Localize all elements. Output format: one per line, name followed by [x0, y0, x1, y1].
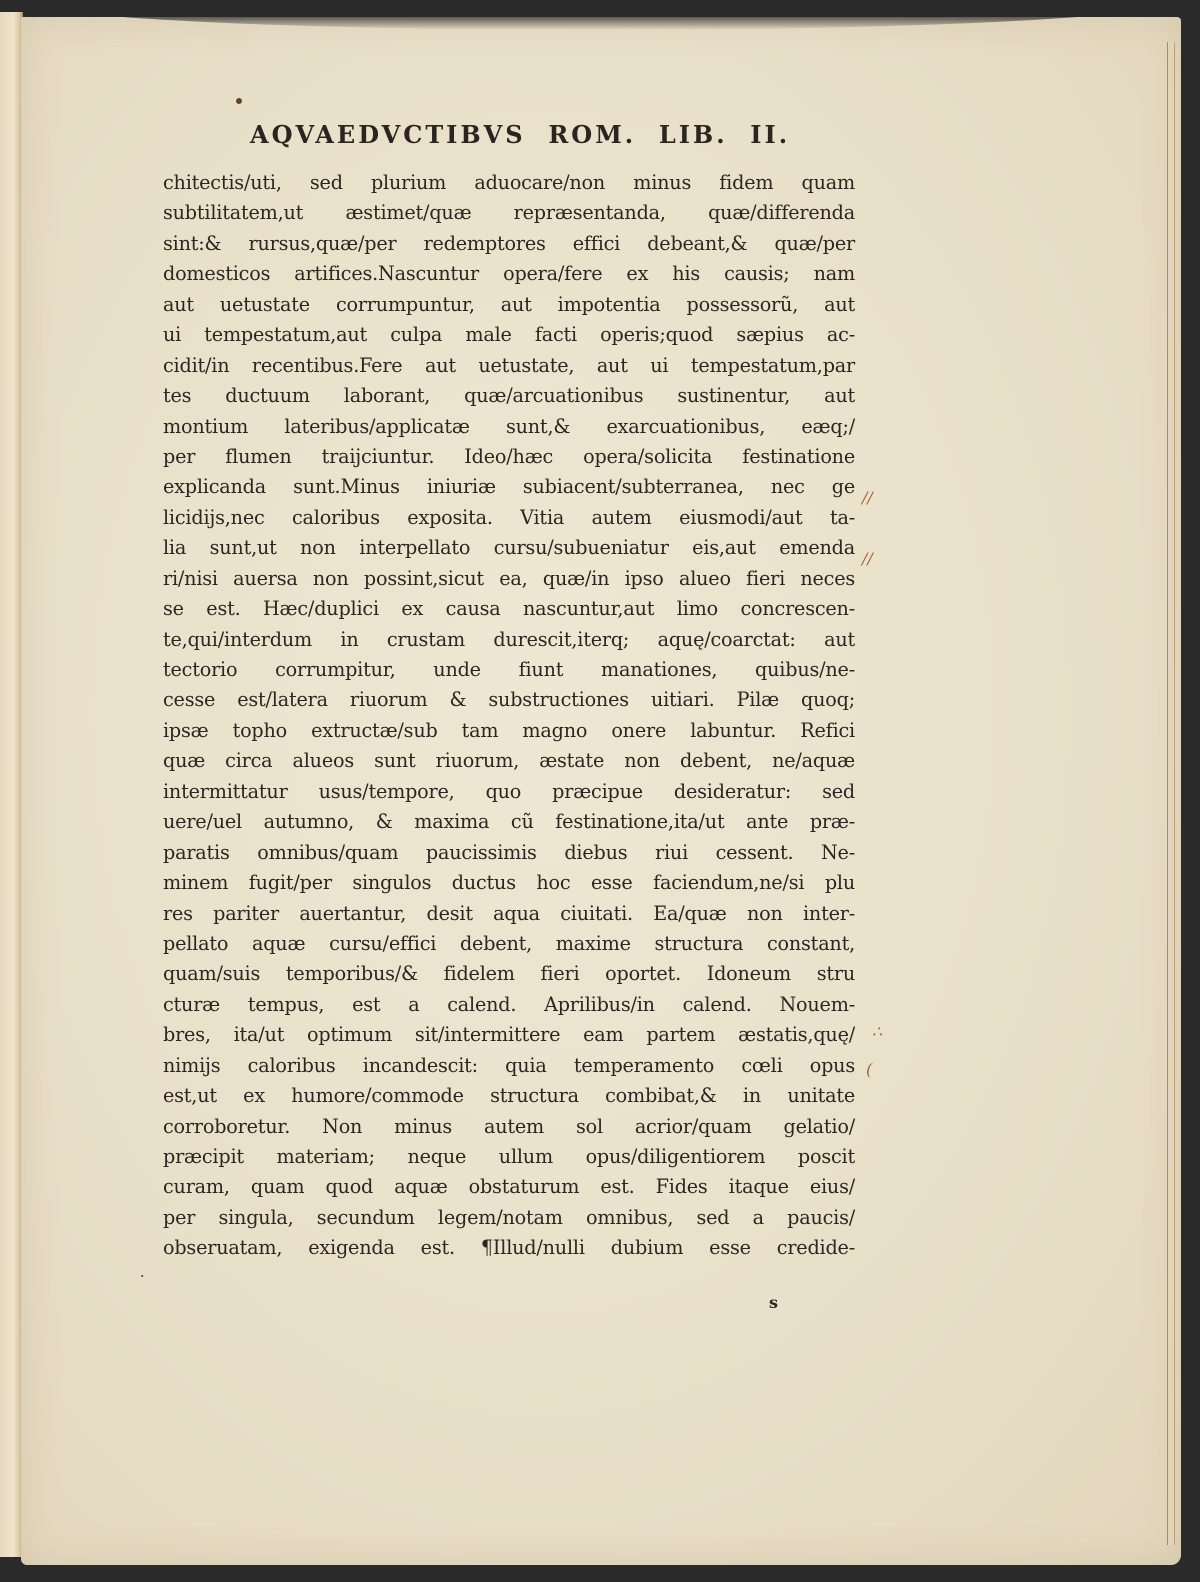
text-line: lia sunt,ut non interpellato cursu/subue… [163, 533, 855, 563]
text-line: tectorio corrumpitur, unde fiunt manatio… [163, 655, 855, 685]
text-line: bres, ita/ut optimum sit/intermittere ea… [163, 1020, 855, 1050]
text-line: ipsæ topho extructæ/sub tam magno onere … [163, 716, 855, 746]
text-line: pellato aquæ cursu/effici debent, maxime… [163, 929, 855, 959]
text-line: se est. Hæc/duplici ex causa nascuntur,a… [163, 594, 855, 624]
ink-spot [236, 98, 242, 104]
margin-annotation: ∴ [872, 1022, 882, 1041]
margin-annotation: // [862, 549, 873, 568]
text-line: tes ductuum laborant, quæ/arcuationibus … [163, 381, 855, 411]
text-line: res pariter auertantur, desit aqua ciuit… [163, 899, 855, 929]
text-line: cidit/in recentibus.Fere aut uetustate, … [163, 351, 855, 381]
text-line: montium lateribus/applicatæ sunt,& exarc… [163, 412, 855, 442]
text-line: uere/uel autumno, & maxima cũ festinatio… [163, 807, 855, 837]
text-line: sint:& rursus,quæ/per redemptores effici… [163, 229, 855, 259]
text-line: corroboretur. Non minus autem sol acrior… [163, 1112, 855, 1142]
text-line: ri/nisi auersa non possint,sicut ea, quæ… [163, 564, 855, 594]
margin-annotation: // [862, 488, 873, 507]
text-line: aut uetustate corrumpuntur, aut impotent… [163, 290, 855, 320]
text-line: curam, quam quod aquæ obstaturum est. Fi… [163, 1172, 855, 1202]
scanned-book-page: AQVAEDVCTIBVS ROM. LIB. II. chitectis/ut… [0, 0, 1200, 1582]
text-line: ui tempestatum,aut culpa male facti oper… [163, 320, 855, 350]
text-line: paratis omnibus/quam paucissimis diebus … [163, 838, 855, 868]
text-line: minem fugit/per singulos ductus hoc esse… [163, 868, 855, 898]
text-line: est,ut ex humore/commode structura combi… [163, 1081, 855, 1111]
text-line: subtilitatem,ut æstimet/quæ repræsentand… [163, 198, 855, 228]
text-line: te,qui/interdum in crustam durescit,iter… [163, 625, 855, 655]
text-line: quam/suis temporibus/& fidelem fieri opo… [163, 959, 855, 989]
text-line: præcipit materiam; neque ullum opus/dili… [163, 1142, 855, 1172]
text-line: intermittatur usus/tempore, quo præcipue… [163, 777, 855, 807]
text-line: nimijs caloribus incandescit: quia tempe… [163, 1051, 855, 1081]
text-line: per flumen traijciuntur. Ideo/hæc opera/… [163, 442, 855, 472]
text-line: quæ circa alueos sunt riuorum, æstate no… [163, 746, 855, 776]
running-head: AQVAEDVCTIBVS ROM. LIB. II. [250, 120, 790, 149]
text-line: cesse est/latera riuorum & substructione… [163, 685, 855, 715]
text-line: licidijs,nec caloribus exposita. Vitia a… [163, 503, 855, 533]
text-line: domesticos artifices.Nascuntur opera/fer… [163, 259, 855, 289]
text-line: per singula, secundum legem/notam omnibu… [163, 1203, 855, 1233]
text-line: cturæ tempus, est a calend. Aprilibus/in… [163, 990, 855, 1020]
margin-dot: . [140, 1265, 144, 1281]
text-line: chitectis/uti, sed plurium aduocare/non … [163, 168, 855, 198]
margin-annotation: ( [866, 1060, 872, 1079]
signature-mark: s [769, 1293, 778, 1312]
body-text: chitectis/uti, sed plurium aduocare/non … [163, 168, 855, 1264]
previous-leaf-edge [0, 12, 23, 1557]
text-line: explicanda sunt.Minus iniuriæ subiacent/… [163, 472, 855, 502]
text-line: obseruatam, exigenda est. ¶Illud/nulli d… [163, 1233, 855, 1263]
